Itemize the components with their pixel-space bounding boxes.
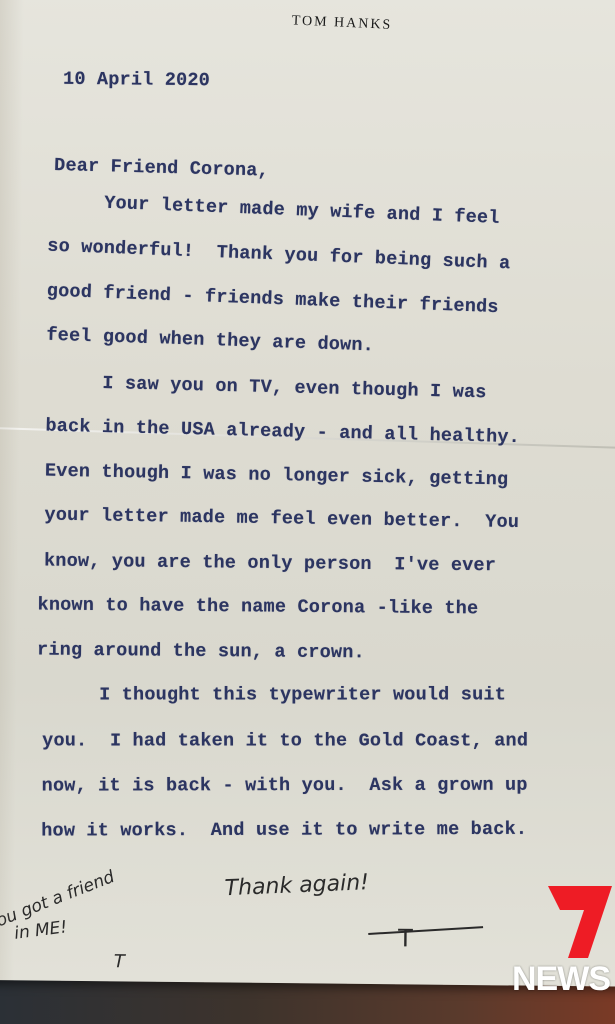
letter-body-line: ring around the sun, a crown. (37, 639, 365, 663)
letter-paper: TOM HANKS 10 April 2020 Dear Friend Coro… (0, 0, 615, 987)
letter-body-line: known to have the name Corona -like the (37, 594, 478, 619)
letter-body-line: so wonderful! Thank you for being such a (47, 236, 511, 275)
letter-body-line: back in the USA already - and all health… (45, 416, 520, 449)
seven-logo-icon (548, 882, 615, 958)
letterhead: TOM HANKS (291, 13, 392, 34)
letter-body-line: Your letter made my wife and I feel (47, 191, 500, 229)
signature-stroke (368, 926, 483, 935)
letter-body-line: how it works. And use it to write me bac… (41, 819, 527, 842)
letter-body-line: you. I had taken it to the Gold Coast, a… (42, 731, 528, 752)
news-wordmark: NEWS (512, 960, 610, 999)
letter-body-line: good friend - friends make their friends (46, 281, 499, 319)
letter-body-line: I thought this typewriter would suit (43, 685, 506, 706)
letter-body-line: I saw you on TV, even though I was (46, 372, 487, 404)
letter-date: 10 April 2020 (63, 69, 210, 92)
letter-body-line: feel good when they are down. (46, 325, 374, 357)
salutation: Dear Friend Corona, (54, 155, 269, 182)
seven-news-logo: NEWS (512, 882, 615, 1002)
handwritten-closing: Thank again! (224, 870, 369, 901)
handwritten-initial-left: T (114, 951, 125, 972)
handwritten-signature: T (398, 924, 413, 952)
letter-body-line: know, you are the only person I've ever (44, 551, 496, 577)
letter-body-line: now, it is back - with you. Ask a grown … (42, 775, 528, 797)
letter-body-line: your letter made me feel even better. Yo… (44, 505, 519, 533)
letter-body-line: Even though I was no longer sick, gettin… (45, 461, 509, 491)
